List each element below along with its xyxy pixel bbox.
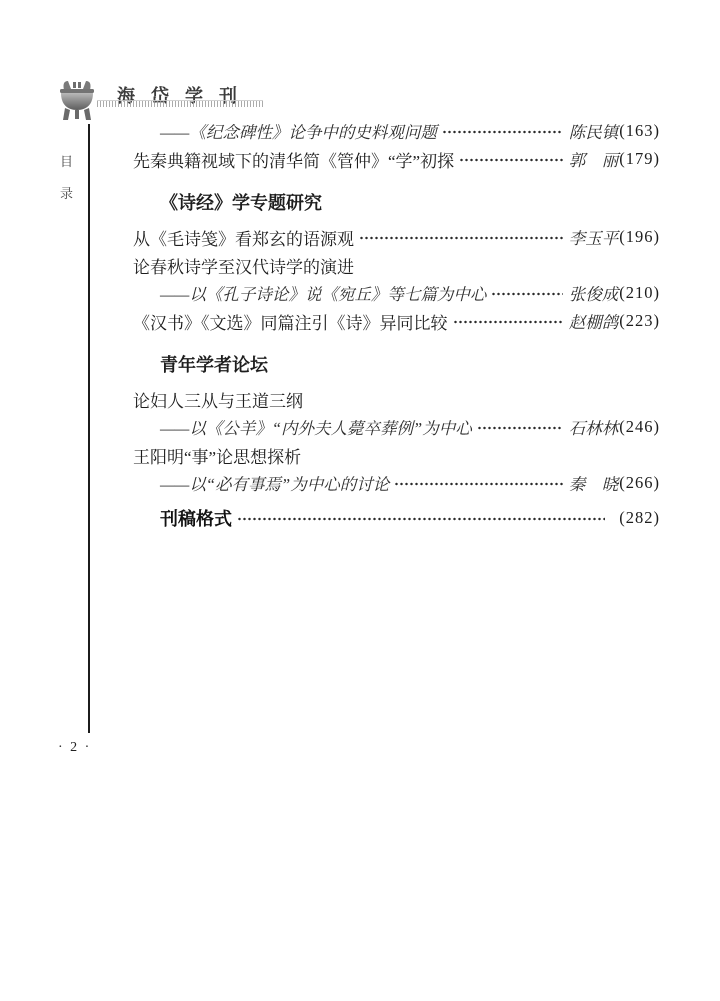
toc-entry-title: 从《毛诗笺》看郑玄的语源观	[133, 225, 354, 250]
toc-entry: 论春秋诗学至汉代诗学的演进	[133, 251, 660, 279]
toc-entry: 王阳明“事”论思想探析	[133, 441, 660, 469]
toc-entry-author: 陈民镇	[569, 119, 619, 143]
toc-entry-page: (210)	[619, 283, 660, 303]
leader-dots-icon	[477, 425, 563, 431]
toc-entry-title: 青年学者论坛	[160, 351, 268, 377]
leader-dots-icon	[394, 481, 563, 487]
page-number: · 2 ·	[58, 740, 91, 756]
toc-entry: ——《纪念碑性》论争中的史料观问题 陈民镇 (163)	[133, 117, 660, 145]
sidebar-vertical-rule	[88, 124, 90, 733]
toc-entry-author: 李玉平	[569, 225, 619, 249]
toc-entry-author: 秦 晓	[569, 471, 619, 495]
toc-entry: ——以《公羊》“内外夫人薨卒葬例”为中心 石林林 (246)	[133, 413, 660, 441]
toc-entry: ——以《孔子诗论》说《宛丘》等七篇为中心 张俊成 (210)	[133, 279, 660, 307]
toc-entry-page: (282)	[619, 508, 660, 528]
toc-entry: 青年学者论坛	[133, 350, 660, 378]
toc-entry-title: 论妇人三从与王道三纲	[133, 387, 303, 412]
toc-entry-page: (179)	[619, 149, 660, 169]
toc-entry: 《汉书》《文选》同篇注引《诗》异同比较 赵棚鸽 (223)	[133, 307, 660, 335]
toc-entry-title: ——以《公羊》“内外夫人薨卒葬例”为中心	[160, 415, 472, 439]
toc-entry: 论妇人三从与王道三纲	[133, 385, 660, 413]
masthead-rule	[97, 100, 263, 107]
leader-dots-icon	[237, 516, 605, 522]
toc-entry-page: (246)	[619, 417, 660, 437]
leader-dots-icon	[442, 129, 563, 135]
toc-sidebar-label: 目录	[59, 146, 74, 210]
journal-toc-page: 海岱学刊 目录 ——《纪念碑性》论争中的史料观问题 陈民镇 (163) 先秦典籍…	[0, 0, 720, 1001]
leader-dots-icon	[459, 157, 563, 163]
toc-entry-title: ——《纪念碑性》论争中的史料观问题	[160, 119, 437, 143]
toc-entry-page: (266)	[619, 473, 660, 493]
toc-list: ——《纪念碑性》论争中的史料观问题 陈民镇 (163) 先秦典籍视域下的清华简《…	[133, 117, 660, 532]
toc-entry: ——以“必有事焉”为中心的讨论 秦 晓 (266)	[133, 469, 660, 497]
toc-entry-title: 《汉书》《文选》同篇注引《诗》异同比较	[133, 309, 448, 334]
toc-entry: 刊稿格式 (282)	[133, 504, 660, 532]
toc-entry: 先秦典籍视域下的清华简《管仲》“学”初探 郭 丽 (179)	[133, 145, 660, 173]
toc-entry-title: ——以“必有事焉”为中心的讨论	[160, 471, 389, 495]
toc-entry-page: (223)	[619, 311, 660, 331]
toc-entry-author: 赵棚鸽	[569, 309, 619, 333]
toc-entry: 从《毛诗笺》看郑玄的语源观 李玉平 (196)	[133, 223, 660, 251]
toc-entry-title: 论春秋诗学至汉代诗学的演进	[133, 253, 354, 278]
toc-entry-title: 先秦典籍视域下的清华简《管仲》“学”初探	[133, 147, 454, 172]
toc-entry-page: (196)	[619, 227, 660, 247]
leader-dots-icon	[491, 291, 562, 297]
toc-entry-title: 刊稿格式	[160, 505, 232, 531]
toc-entry-title: 王阳明“事”论思想探析	[133, 443, 301, 468]
toc-entry-author: 郭 丽	[569, 147, 619, 171]
toc-entry-author: 张俊成	[569, 281, 619, 305]
toc-entry-title: 《诗经》学专题研究	[160, 189, 322, 215]
toc-entry-page: (163)	[619, 121, 660, 141]
ding-vessel-icon	[56, 78, 98, 124]
leader-dots-icon	[453, 319, 563, 325]
leader-dots-icon	[359, 235, 563, 241]
toc-entry: 《诗经》学专题研究	[133, 188, 660, 216]
toc-entry-author: 石林林	[569, 415, 619, 439]
toc-entry-title: ——以《孔子诗论》说《宛丘》等七篇为中心	[160, 281, 486, 305]
